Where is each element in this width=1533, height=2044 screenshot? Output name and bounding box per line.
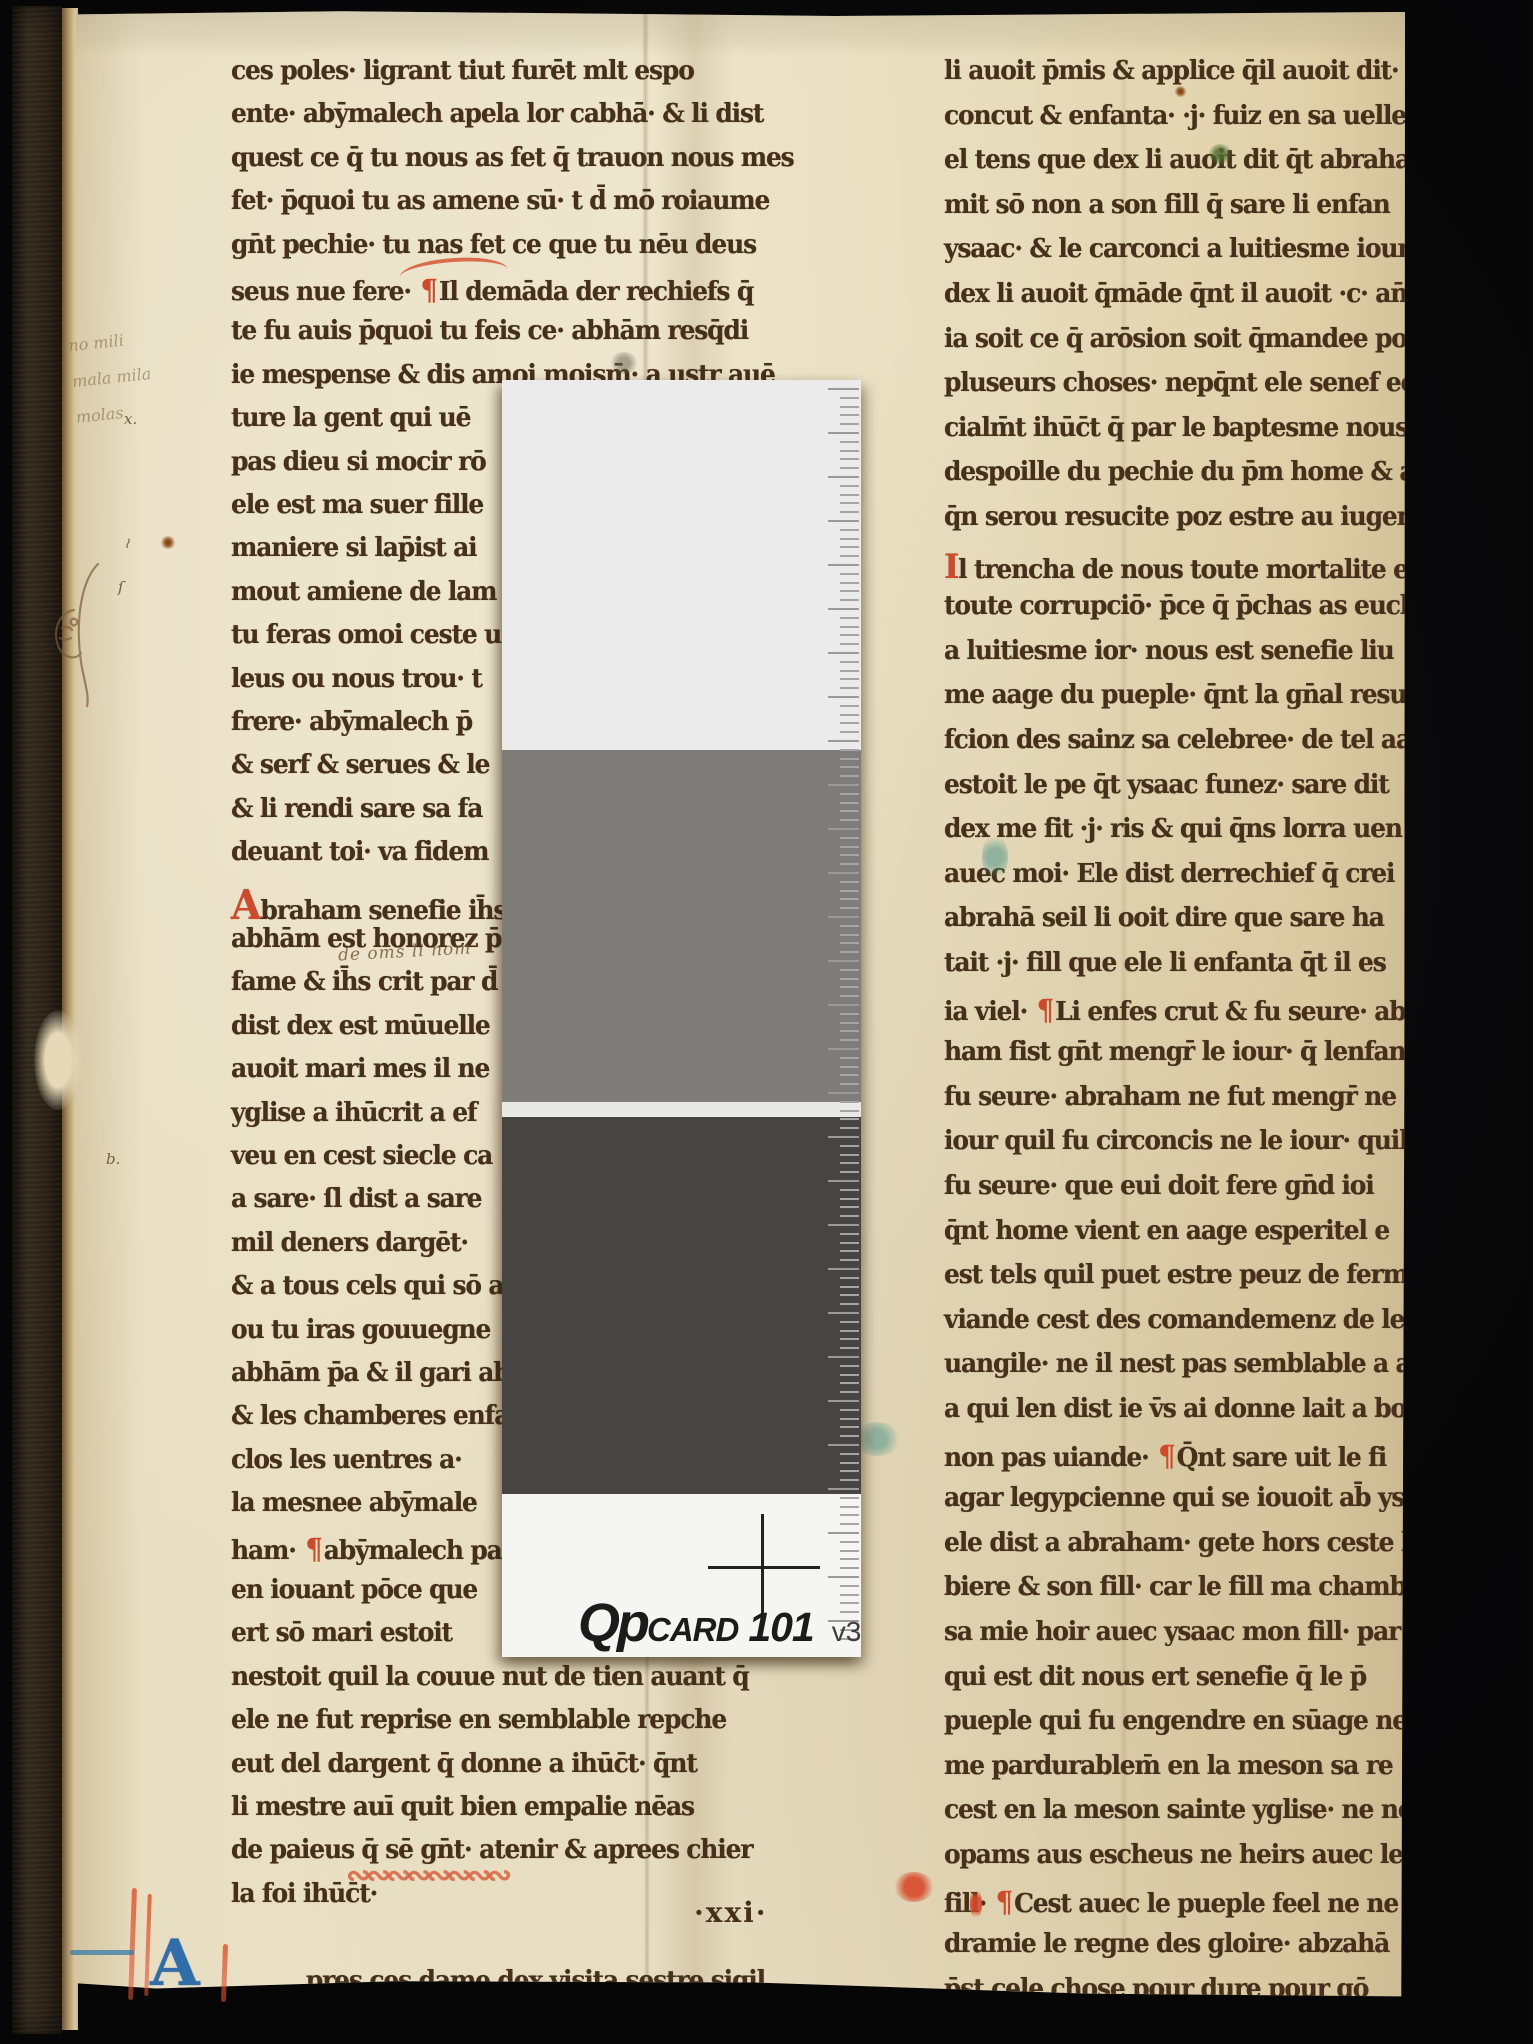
ruler-tick bbox=[840, 1294, 859, 1296]
text-line: ele dist a abraham· gete hors ceste l bbox=[944, 1528, 1405, 1558]
text-line: ele est ma suer fille bbox=[231, 490, 483, 520]
text-line: la mesnee abȳmale bbox=[231, 1488, 477, 1518]
ruler-tick bbox=[840, 1426, 859, 1428]
ruler-tick bbox=[840, 1418, 859, 1420]
ruler-tick bbox=[840, 969, 859, 971]
text-line: uangile· ne il nest pas semblable a a bbox=[944, 1349, 1405, 1379]
ruler-tick bbox=[840, 1039, 859, 1041]
text-line: dex li auoit q̄māde q̄nt il auoit ·c· an… bbox=[944, 279, 1405, 309]
edge-blob bbox=[34, 1010, 82, 1110]
text-line: mout amiene de lam bbox=[231, 577, 496, 607]
ruler-tick bbox=[840, 511, 859, 513]
ruler-tick bbox=[840, 846, 859, 848]
ruler-tick bbox=[840, 978, 859, 980]
stain-red bbox=[894, 1872, 934, 1902]
ruler-tick bbox=[828, 1356, 859, 1358]
ruler-tick bbox=[840, 1154, 859, 1156]
ruler-tick bbox=[840, 1066, 859, 1068]
stain-dark bbox=[610, 352, 638, 374]
ruler-tick bbox=[840, 1409, 859, 1411]
text-line: cialm̄t ihūc̄t q̄ par le baptesme nous bbox=[944, 413, 1405, 443]
ruler-tick bbox=[840, 538, 859, 540]
ruler-tick bbox=[840, 1435, 859, 1437]
ruler-tick bbox=[840, 854, 859, 856]
ruler-tick bbox=[828, 520, 859, 522]
text-line: li auoit p̄mis & applice q̄il auoit dit·… bbox=[944, 56, 1405, 86]
text-line: ture la gent qui uē bbox=[231, 403, 470, 433]
ruler-tick bbox=[828, 1224, 859, 1226]
ruler-tick bbox=[828, 872, 859, 874]
ruler-tick bbox=[840, 898, 859, 900]
text-line: a sare· ſl dist a sare bbox=[231, 1184, 481, 1214]
text-line: iour quil fu circoncis ne le iour· quil bbox=[944, 1126, 1405, 1156]
text-line: & serf & serues & le bbox=[231, 750, 489, 780]
ruler-tick bbox=[840, 1523, 859, 1525]
ruler-tick bbox=[840, 722, 859, 724]
text-line: ham· ¶abȳmalech pa bbox=[231, 1532, 502, 1566]
text-line: ces poles· ligrant tiut furēt mlt espo bbox=[231, 56, 694, 86]
card-dark-gray-patch bbox=[502, 1117, 861, 1494]
text-line: ente· abȳmalech apela lor cabhā· & li di… bbox=[231, 99, 763, 129]
ruler-tick bbox=[828, 696, 859, 698]
marg-mark: b. bbox=[106, 1150, 120, 1168]
text-line: Il trencha de nous toute mortalite e bbox=[944, 547, 1405, 587]
ruler-tick bbox=[840, 485, 859, 487]
ruler-tick bbox=[840, 626, 859, 628]
ruler-tick bbox=[840, 1057, 859, 1059]
text-line: fu seure· que eui doit fere gn̄d ioi bbox=[944, 1171, 1374, 1201]
ruler-tick bbox=[840, 687, 859, 689]
text-line: viande cest des comandemenz de le bbox=[944, 1305, 1404, 1335]
ruler-tick bbox=[840, 1118, 859, 1120]
ruler-tick bbox=[828, 652, 859, 654]
logo-number: 101 bbox=[748, 1604, 813, 1650]
ruler-tick bbox=[840, 951, 859, 953]
card-mid-gray-patch bbox=[502, 750, 861, 1102]
ruler-tick bbox=[828, 1092, 859, 1094]
text-line: nestoit quil la couue nut de tien auant … bbox=[231, 1662, 749, 1692]
text-line: pueple qui fu engendre en sūage ne bbox=[944, 1706, 1405, 1736]
text-line: deuant toi· va fidem bbox=[231, 837, 488, 867]
ruler-tick bbox=[828, 1004, 859, 1006]
qpcard-calibration-card: QpCARD101v3 bbox=[502, 380, 861, 1657]
text-line: toute corrupciō· p̄ce q̄ p̄chas as eucha bbox=[944, 591, 1405, 621]
ruler-tick bbox=[840, 793, 859, 795]
text-line: te fu auis p̄quoi tu feis ce· abhām resq… bbox=[231, 316, 748, 346]
ruler-tick bbox=[840, 1497, 859, 1499]
ruler-tick bbox=[828, 432, 859, 434]
ruler-tick bbox=[840, 1101, 859, 1103]
ruler-tick bbox=[840, 1286, 859, 1288]
text-line: non pas uiande· ¶Q̄nt sare uit le fi bbox=[944, 1439, 1386, 1473]
text-line: el tens que dex li auoit dit q̄t abraha bbox=[944, 145, 1405, 175]
text-line: & li rendi sare sa fa bbox=[231, 794, 482, 824]
text-line: yglise a ihūcrit a ef bbox=[231, 1098, 477, 1128]
text-line: auoit mari mes il ne bbox=[231, 1054, 489, 1084]
ruler-tick bbox=[840, 986, 859, 988]
text-line: fet· p̄quoi tu as amene sū· t d̄ mō roia… bbox=[231, 186, 769, 216]
logo-version: v3 bbox=[832, 1616, 862, 1647]
ruler-tick bbox=[828, 1312, 859, 1314]
ruler-tick bbox=[840, 529, 859, 531]
text-line: ia soit ce q̄ arōsion soit q̄mandee pou bbox=[944, 324, 1405, 354]
ruler-tick bbox=[840, 546, 859, 548]
ruler-tick bbox=[840, 1391, 859, 1393]
text-line: ysaac· & le carconci a luitiesme iour si… bbox=[944, 234, 1405, 264]
text-line: ele ne fut reprise en semblable repche bbox=[231, 1705, 726, 1735]
ruler-tick bbox=[840, 995, 859, 997]
ruler-tick bbox=[840, 599, 859, 601]
text-line: est tels quil puet estre peuz de ferm bbox=[944, 1260, 1405, 1290]
text-line: dex me fit ·j· ris & qui q̄ns lorra uen bbox=[944, 814, 1402, 844]
text-line: ia viel· ¶Li enfes crut & fu seure· ab bbox=[944, 993, 1405, 1027]
flourish-red: ∾∾∾∾∾∾∾∾ bbox=[346, 1858, 656, 1902]
ruler-tick bbox=[828, 388, 859, 390]
ruler-tick bbox=[840, 1189, 859, 1191]
qpcard-logo: QpCARD101v3 bbox=[578, 1592, 861, 1654]
text-line: abhām p̄a & il gari ab bbox=[231, 1358, 510, 1388]
text-line: me pardurablem̄ en la meson sa re bbox=[944, 1751, 1393, 1781]
ruler-tick bbox=[840, 1145, 859, 1147]
ruler-tick bbox=[840, 1074, 859, 1076]
ruler-tick bbox=[840, 1567, 859, 1569]
ruler-tick bbox=[840, 934, 859, 936]
ruler-tick bbox=[828, 740, 859, 742]
ruler-tick bbox=[840, 1347, 859, 1349]
ruler-tick bbox=[840, 670, 859, 672]
ruler-tick bbox=[840, 450, 859, 452]
text-line: tu feras omoi ceste u bbox=[231, 620, 501, 650]
text-line: me aage du pueple· q̄nt la gn̄al resur bbox=[944, 680, 1405, 710]
ruler-tick bbox=[840, 1127, 859, 1129]
text-line: li mestre auī quit bien empalie nēas bbox=[231, 1792, 694, 1822]
stain-green bbox=[1208, 144, 1232, 164]
pilcrow-mark: ¶ bbox=[1156, 1439, 1176, 1473]
stain-red bbox=[970, 1888, 982, 1920]
ruler-tick bbox=[840, 1382, 859, 1384]
ruler-tick bbox=[840, 1462, 859, 1464]
ruler-tick bbox=[840, 1030, 859, 1032]
text-line: & les chamberes enfa bbox=[231, 1401, 509, 1431]
text-line: Abraham senefie ih̄s bbox=[231, 881, 506, 929]
ruler-tick bbox=[840, 1365, 859, 1367]
text-line: ou tu iras gouuegne bbox=[231, 1315, 490, 1345]
stain-rust bbox=[160, 536, 176, 549]
ruler-tick bbox=[840, 582, 859, 584]
text-line: concut & enfanta· ·j· fuiz en sa uellesc… bbox=[944, 101, 1405, 131]
text-line: a luitiesme ior· nous est senefie liu bbox=[944, 636, 1394, 666]
ruler-tick bbox=[828, 916, 859, 918]
text-line: dist dex est mūuelle bbox=[231, 1011, 490, 1041]
ruler-tick bbox=[840, 406, 859, 408]
logo-card-word: CARD bbox=[647, 1611, 738, 1648]
margin-doodle-face bbox=[40, 558, 124, 708]
card-gray-scale-patches bbox=[502, 380, 861, 1657]
card-separator bbox=[502, 1102, 861, 1117]
pilcrow-mark: ¶ bbox=[303, 1532, 323, 1566]
text-line: & a tous cels qui sō au bbox=[231, 1271, 520, 1301]
ruler-tick bbox=[828, 476, 859, 478]
ruler-tick bbox=[840, 573, 859, 575]
text-line: ert sō mari estoit bbox=[231, 1618, 452, 1648]
ruler-tick bbox=[840, 907, 859, 909]
text-line: eut del dargent q̄ donne a ihūc̄t· q̄nt bbox=[231, 1749, 697, 1779]
ruler-tick bbox=[828, 1400, 859, 1402]
text-line: pluseurs choses· nepq̄nt ele senef ee bbox=[944, 368, 1405, 398]
ruler-tick bbox=[840, 397, 859, 399]
ruler-tick bbox=[840, 467, 859, 469]
text-line: opams aus escheus ne heirs auec le fr bbox=[944, 1840, 1405, 1870]
text-line: leus ou nous trou· t bbox=[231, 664, 482, 694]
ruler-tick bbox=[840, 705, 859, 707]
ruler-tick bbox=[828, 960, 859, 962]
ruler-tick bbox=[828, 1488, 859, 1490]
text-line: dramie le regne des gloire· abzahā bbox=[944, 1929, 1389, 1959]
ruler-tick bbox=[828, 1268, 859, 1270]
ruler-tick bbox=[840, 837, 859, 839]
ruler-tick bbox=[840, 502, 859, 504]
ruler-tick bbox=[840, 942, 859, 944]
ruler-tick bbox=[840, 1558, 859, 1560]
ruler-tick bbox=[840, 802, 859, 804]
pilcrow-mark: ¶ bbox=[994, 1885, 1014, 1919]
text-line: q̄nt home vient en aage esperitel e bbox=[944, 1216, 1389, 1246]
ruler-tick bbox=[828, 564, 859, 566]
ruler-tick bbox=[840, 1259, 859, 1261]
ruler-tick bbox=[828, 1136, 859, 1138]
ruler-tick bbox=[840, 1338, 859, 1340]
text-line: abrahā seil li ooit dire que sare ha bbox=[944, 903, 1384, 933]
ruler-tick bbox=[840, 758, 859, 760]
marg-mark: ſ bbox=[118, 578, 124, 596]
card-white-patch bbox=[502, 380, 861, 750]
text-line: pas dieu si mocir rō bbox=[231, 447, 486, 477]
ruler-tick bbox=[840, 617, 859, 619]
ruler-tick bbox=[840, 1541, 859, 1543]
text-line: despoille du pechie du p̄m home & ap̄s bbox=[944, 457, 1405, 487]
blue-initial: A bbox=[150, 1932, 216, 2000]
text-line: gn̄t pechie· tu nas fet ce que tu nēu de… bbox=[231, 230, 756, 260]
ruler-tick bbox=[840, 1250, 859, 1252]
card-ruler bbox=[825, 388, 859, 1649]
ruler-tick bbox=[840, 714, 859, 716]
ruler-tick bbox=[828, 1576, 859, 1578]
ruler-tick bbox=[840, 590, 859, 592]
ruler-tick bbox=[828, 1180, 859, 1182]
marg-mark: x. bbox=[124, 410, 137, 428]
ruler-tick bbox=[828, 1444, 859, 1446]
ruler-tick bbox=[840, 731, 859, 733]
text-line: maniere si lap̄ist ai bbox=[231, 533, 477, 563]
ruler-tick bbox=[840, 1277, 859, 1279]
ruler-tick bbox=[840, 643, 859, 645]
ruler-tick bbox=[840, 881, 859, 883]
text-line: tait ·j· fill que ele li enfanta q̄t il … bbox=[944, 948, 1386, 978]
ruler-tick bbox=[840, 749, 859, 751]
chapter-number: ·xxi· bbox=[694, 1896, 768, 1929]
ruler-tick bbox=[840, 1330, 859, 1332]
text-line: auec moi· Ele dist derrechief q̄ crei bbox=[944, 859, 1394, 889]
logo-qp: Qp bbox=[578, 1593, 647, 1653]
ruler-tick bbox=[840, 1479, 859, 1481]
ruler-tick bbox=[840, 775, 859, 777]
text-line: frere· abȳmalech p̄ bbox=[231, 707, 472, 737]
ruler-tick bbox=[828, 1532, 859, 1534]
ruler-tick bbox=[840, 458, 859, 460]
ruler-tick bbox=[840, 1215, 859, 1217]
text-line: cest en la meson sainte yglise· ne nes a bbox=[944, 1795, 1405, 1825]
ruler-tick bbox=[840, 1233, 859, 1235]
ruler-tick bbox=[840, 634, 859, 636]
ruler-tick bbox=[840, 1083, 859, 1085]
ruler-tick bbox=[840, 1171, 859, 1173]
text-line: agar legypcienne qui se iouoit ab̄ ysa bbox=[944, 1483, 1405, 1513]
ruler-tick bbox=[840, 441, 859, 443]
ruler-tick bbox=[840, 1162, 859, 1164]
ruler-tick bbox=[840, 494, 859, 496]
text-line: a qui len dist ie v̄s ai donne lait a bo… bbox=[944, 1394, 1405, 1424]
text-line: fu seure· abraham ne fut mengr̄ ne bbox=[944, 1082, 1396, 1112]
ruler-tick bbox=[828, 828, 859, 830]
ruler-tick bbox=[828, 608, 859, 610]
stain-rust bbox=[1174, 86, 1187, 97]
ruler-tick bbox=[840, 890, 859, 892]
text-line: sa mie hoir auec ysaac mon fill· par c bbox=[944, 1617, 1405, 1647]
ruler-tick bbox=[840, 810, 859, 812]
ruler-tick bbox=[840, 1206, 859, 1208]
blue-dash bbox=[70, 1950, 134, 1955]
ruler-tick bbox=[840, 1506, 859, 1508]
ruler-tick bbox=[840, 1470, 859, 1472]
ruler-tick bbox=[840, 1374, 859, 1376]
ruler-tick bbox=[840, 1321, 859, 1323]
ruler-tick bbox=[840, 1303, 859, 1305]
stain-teal bbox=[982, 834, 1008, 880]
ruler-tick bbox=[840, 1550, 859, 1552]
ruler-tick bbox=[840, 1022, 859, 1024]
ruler-tick bbox=[840, 1585, 859, 1587]
ruler-tick bbox=[840, 678, 859, 680]
text-line: qui est dit nous ert senefie q̄ le p̄ bbox=[944, 1662, 1366, 1692]
crosshair-icon bbox=[708, 1566, 820, 1569]
margin-note: no milimala milamolas bbox=[67, 320, 157, 436]
text-line: clos les uentres a· bbox=[231, 1445, 462, 1475]
ruler-tick bbox=[840, 1013, 859, 1015]
text-line: fame & ih̄s crit par d̄ bbox=[231, 967, 497, 997]
ruler-tick bbox=[840, 819, 859, 821]
ruler-tick bbox=[840, 661, 859, 663]
ruler-tick bbox=[840, 1453, 859, 1455]
ruler-tick bbox=[828, 784, 859, 786]
text-line: veu en cest siecle ca bbox=[231, 1141, 492, 1171]
pilcrow-mark: ¶ bbox=[1035, 993, 1055, 1027]
ruler-tick bbox=[840, 1242, 859, 1244]
ruler-tick bbox=[840, 766, 859, 768]
manuscript-photo: ces poles· ligrant tiut furēt mlt espoen… bbox=[0, 0, 1533, 2044]
text-line: ham fist gn̄t mengr̄ le iour· q̄ lenfan bbox=[944, 1037, 1405, 1067]
text-line: mil deners dargēt· bbox=[231, 1228, 468, 1258]
text-line: fcion des sainz sa celebree· de tel aag bbox=[944, 725, 1405, 755]
ruler-tick bbox=[840, 1198, 859, 1200]
ruler-tick bbox=[840, 414, 859, 416]
ruler-tick bbox=[840, 1110, 859, 1112]
text-line: fill· ¶Cest auec le pueple feel ne ne p bbox=[944, 1885, 1405, 1919]
text-line: en iouant pōce que bbox=[231, 1575, 477, 1605]
ruler-tick bbox=[840, 423, 859, 425]
text-line: quest ce q̄ tu nous as fet q̄ trauon nou… bbox=[231, 143, 794, 173]
ruler-tick bbox=[828, 1048, 859, 1050]
text-line: q̄n serou resucite poz estre au iugem̄ bbox=[944, 502, 1405, 532]
text-line: biere & son fill· car le fill ma chamber… bbox=[944, 1572, 1405, 1602]
ruler-tick bbox=[840, 863, 859, 865]
ruler-tick bbox=[840, 555, 859, 557]
ruler-tick bbox=[840, 1514, 859, 1516]
ruler-tick bbox=[840, 925, 859, 927]
text-line: estoit le pe q̄t ysaac funez· sare dit bbox=[944, 770, 1389, 800]
marg-mark: ≀ bbox=[124, 534, 130, 552]
text-line: mit sō non a son fill q̄ sare li enfan bbox=[944, 190, 1390, 220]
